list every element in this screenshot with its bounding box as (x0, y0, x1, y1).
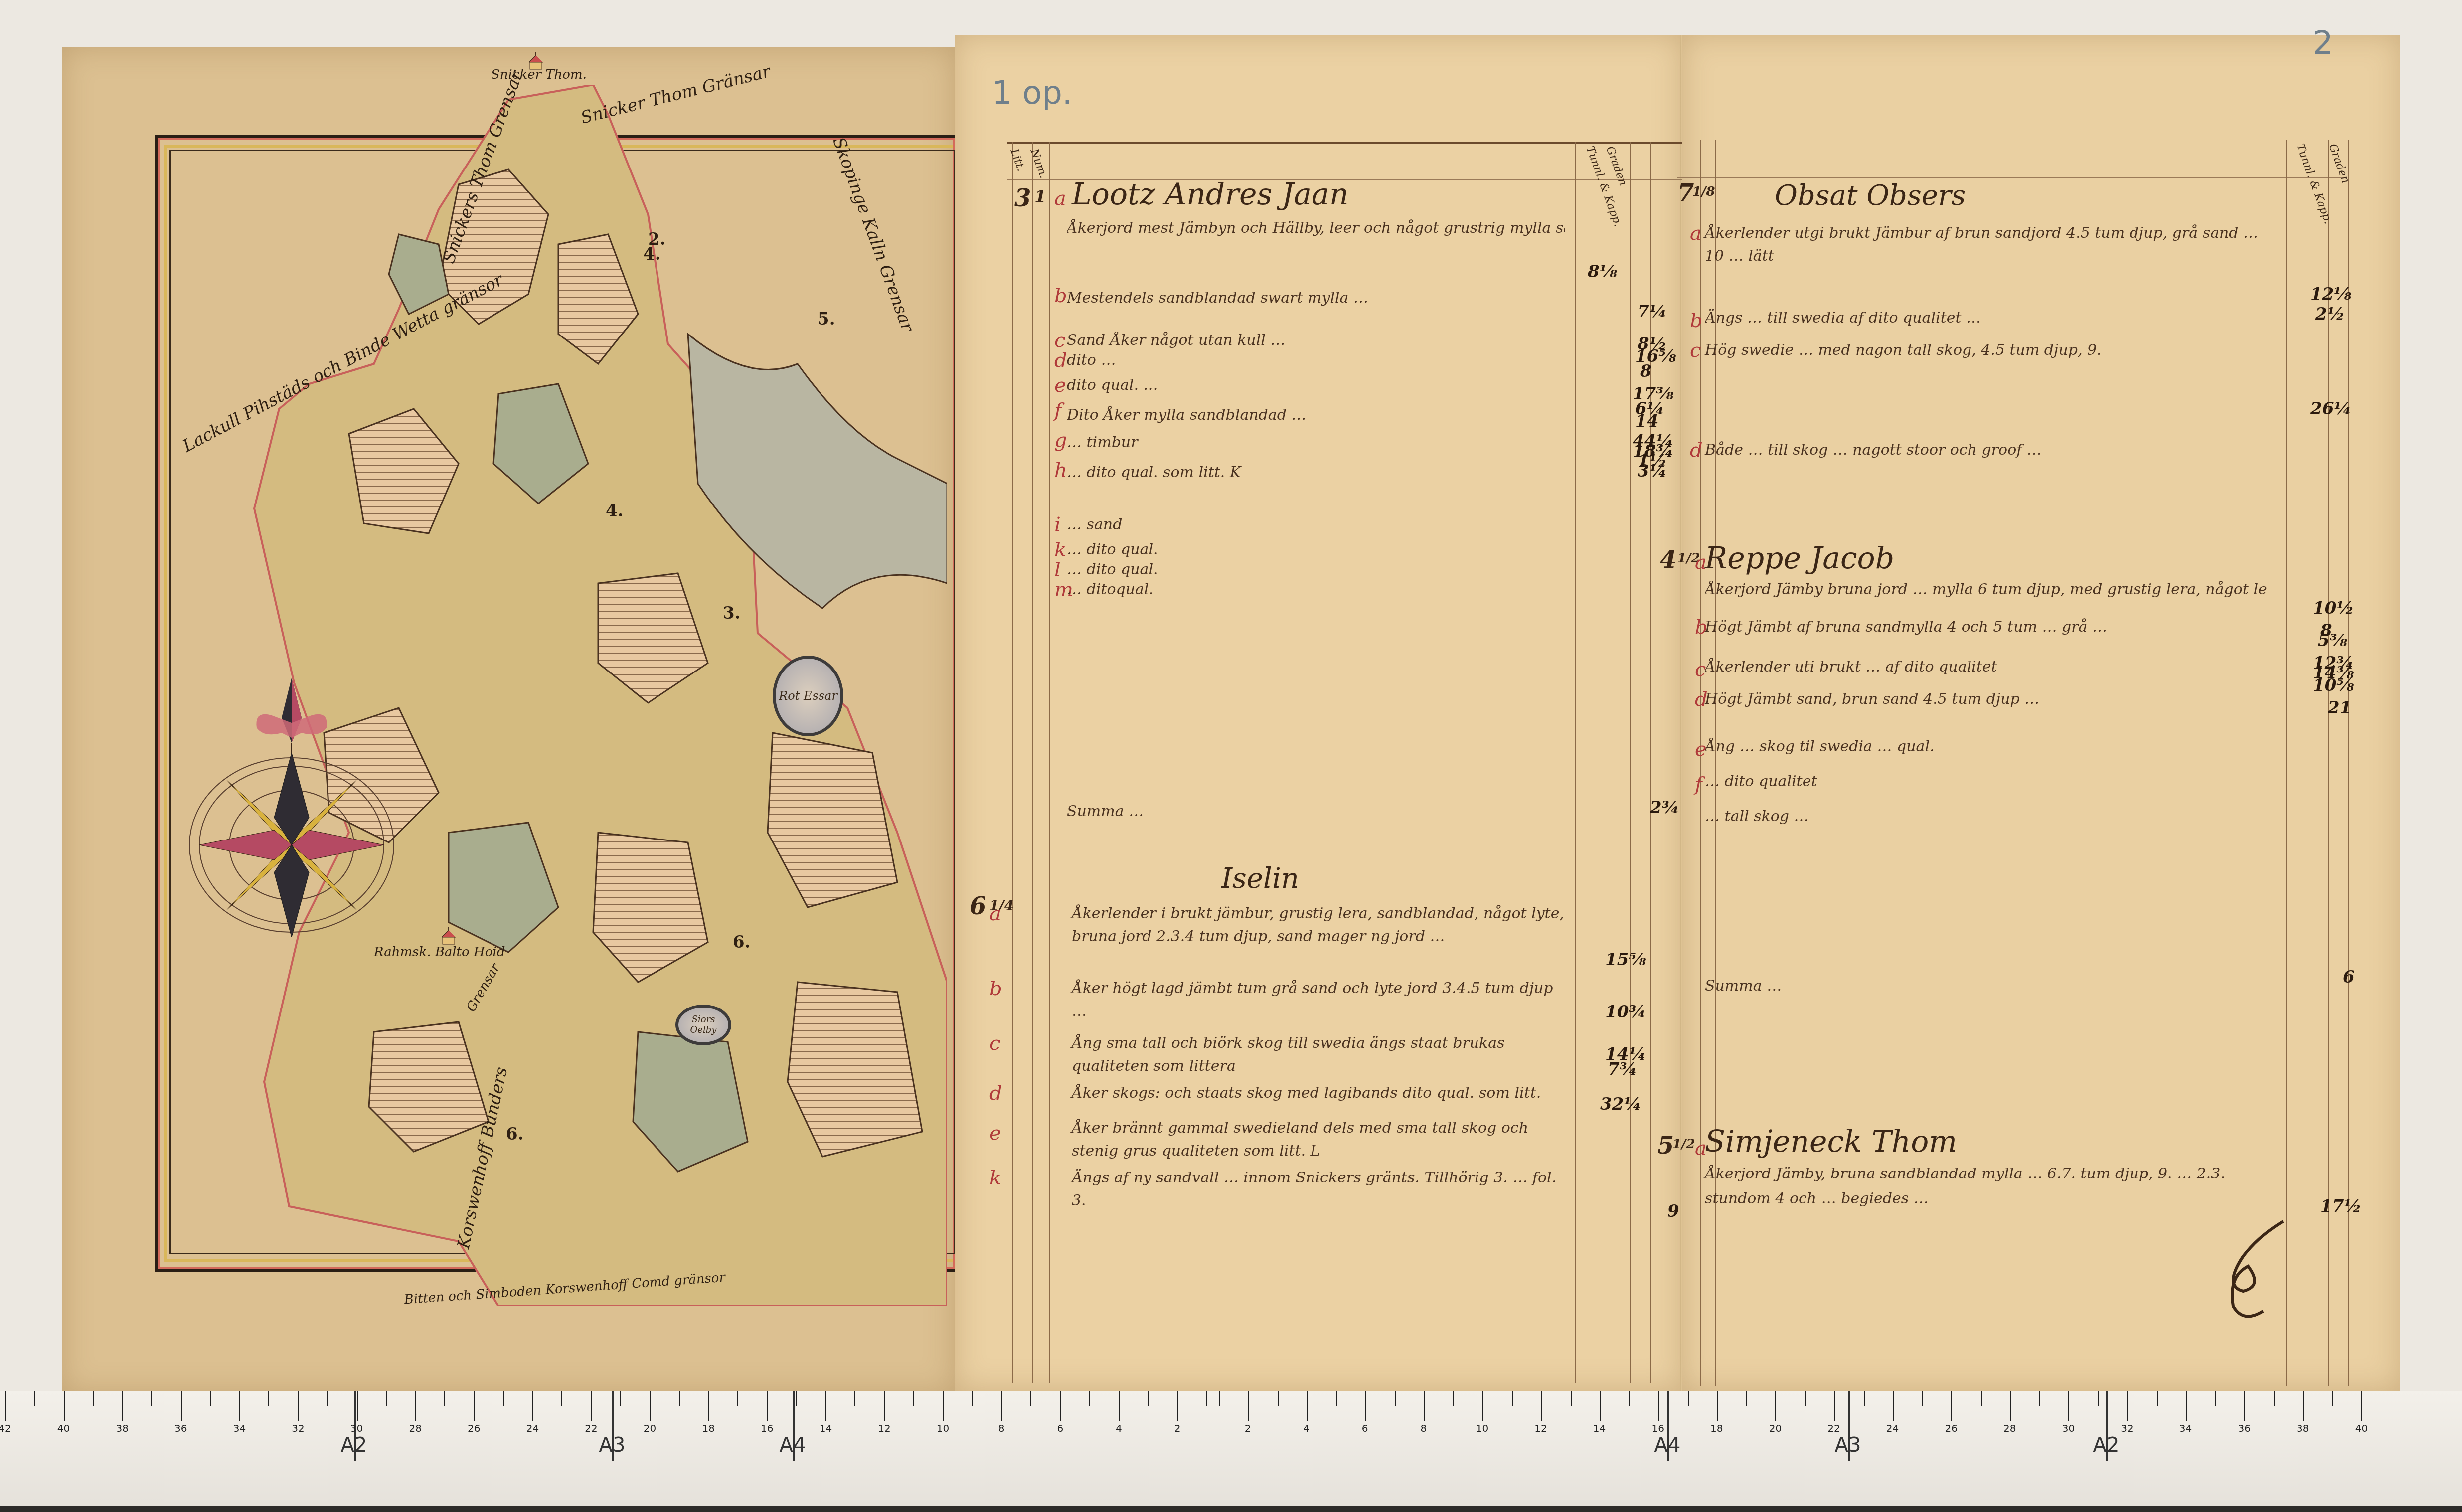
ruler-tick (2010, 1391, 2011, 1421)
field-number: 4. (643, 244, 661, 264)
entry-fraction: 1/8 (1692, 184, 1715, 199)
ruler-tick (708, 1391, 709, 1421)
ruler-minor-tick (913, 1391, 914, 1406)
ruler-minor-tick (444, 1391, 445, 1406)
row-value: 10¾ (1605, 1002, 1646, 1022)
ruler-tick-label: 34 (2179, 1422, 2192, 1434)
ruler-minor-tick (1278, 1391, 1279, 1406)
row-letter: d (1054, 349, 1067, 372)
ruler-tick-label: 22 (585, 1422, 597, 1434)
row-description: Mestendels sandblandad swart mylla … (1067, 289, 1565, 307)
row-value: 21 (2328, 698, 2351, 718)
row-value: 17½ (2320, 1196, 2362, 1216)
size-mark-line (1667, 1391, 1669, 1461)
ruler-tick-label: 16 (761, 1422, 773, 1434)
pencil-page-number: 2 (2313, 25, 2333, 62)
ruler-tick (1177, 1391, 1178, 1421)
ruler-minor-tick (1805, 1391, 1806, 1406)
ruler-minor-tick (1395, 1391, 1396, 1406)
ruler-tick-label: 40 (2355, 1422, 2368, 1434)
ruler-minor-tick (327, 1391, 328, 1406)
ruler-tick (2186, 1391, 2187, 1421)
ruler-tick (1001, 1391, 1002, 1421)
church-icon (439, 927, 459, 947)
ruler-minor-tick (796, 1391, 797, 1406)
ruler-tick-label: 22 (1827, 1422, 1840, 1434)
row-description: Åker skogs: och staats skog med lagiband… (1072, 1082, 1565, 1105)
flourish-icon (2208, 1216, 2288, 1326)
row-letter: b (1690, 309, 1703, 332)
ruler-tick (943, 1391, 944, 1421)
ledger-header-rule (1677, 140, 2345, 141)
entry-owner-name: Simjeneck Thom (1705, 1124, 1957, 1159)
ruler-minor-tick (2098, 1391, 2099, 1406)
entry-number: 5 (1657, 1132, 1674, 1160)
ruler-minor-tick (151, 1391, 152, 1406)
ruler-minor-tick (1336, 1391, 1337, 1406)
ruler-tick-label: 24 (526, 1422, 539, 1434)
row-letter: g (1054, 429, 1067, 452)
ruler-tick (239, 1391, 240, 1421)
ruler-tick (415, 1391, 416, 1421)
row-description: … dito qual. (1067, 561, 1565, 578)
pencil-page-annotation: 1 op. (992, 75, 1072, 112)
field-number: 3. (723, 603, 741, 623)
ruler-tick-label: 20 (644, 1422, 656, 1434)
ruler-minor-tick (268, 1391, 269, 1406)
ruler-tick-label: 32 (292, 1422, 304, 1434)
ruler-minor-tick (1030, 1391, 1031, 1406)
ruler-minor-tick (2039, 1391, 2040, 1406)
row-letter: a (1695, 551, 1707, 574)
row-description: Hög swedie … med nagon tall skog, 4.5 tu… (1705, 339, 2268, 362)
ruler-base-edge (0, 1506, 2462, 1512)
row-letter: i (1054, 513, 1061, 536)
ruler-minor-tick (503, 1391, 504, 1406)
entry-fraction: 1 (1034, 187, 1046, 207)
ruler-tick-label: 2 (1245, 1422, 1251, 1434)
ruler-tick (1834, 1391, 1835, 1421)
ruler-tick-label: 4 (1303, 1422, 1310, 1434)
ruler-tick (1893, 1391, 1894, 1421)
row-letter: f (1054, 399, 1062, 422)
row-description: Ång sma tall och biörk skog till swedia … (1072, 1032, 1565, 1078)
lake-rot-essar: Rot Essar (773, 656, 843, 736)
row-value: 8 (1640, 361, 1652, 381)
ruler-tick (1482, 1391, 1483, 1421)
ruler-tick-label: 38 (116, 1422, 128, 1434)
ruler-tick (5, 1391, 6, 1421)
ruler-minor-tick (972, 1391, 973, 1406)
ruler-tick (1658, 1391, 1659, 1421)
ruler-minor-tick (210, 1391, 211, 1406)
entry-owner-name: Lootz Andres Jaan (1072, 177, 1349, 212)
field-number: 4. (606, 501, 624, 521)
ruler-tick-label: 8 (998, 1422, 1005, 1434)
row-value: 12⅛ (2310, 284, 2352, 304)
ruler-tick (1775, 1391, 1776, 1421)
row-letter: a (1054, 187, 1066, 210)
ruler-minor-tick (1864, 1391, 1865, 1406)
ruler-tick (2127, 1391, 2128, 1421)
row-description: … timbur (1067, 434, 1565, 451)
ruler-tick (1365, 1391, 1366, 1421)
row-description: Ång … skog til swedia … qual. (1705, 738, 2268, 755)
ruler-minor-tick (1206, 1391, 1207, 1406)
ruler-tick-label: 4 (1116, 1422, 1122, 1434)
row-description: … dito qual. som litt. K (1067, 464, 1565, 481)
row-description: dito qual. … (1067, 376, 1565, 394)
ruler-tick (2068, 1391, 2069, 1421)
row-description: Summa … (1705, 977, 2268, 995)
compass-rose-icon (179, 668, 404, 947)
ruler-tick-label: 18 (1710, 1422, 1723, 1434)
section-heading-obsat: Obsat Obsers (1775, 179, 1966, 212)
row-description: dito … (1067, 351, 1565, 369)
ruler-tick-label: 26 (468, 1422, 480, 1434)
size-mark-line (1848, 1391, 1850, 1461)
row-description: Dito Åker mylla sandblandad … (1067, 406, 1565, 424)
row-description: Åkerlender utgi brukt Jämbur af brun san… (1705, 222, 2268, 268)
entry-number: 7 (1677, 179, 1694, 207)
row-letter: a (1695, 1137, 1707, 1160)
row-letter: e (989, 1122, 1001, 1145)
row-description: Ängs … till swedia af dito qualitet … (1705, 309, 2268, 327)
row-value: 5⅜ (2318, 631, 2347, 651)
row-letter: d (989, 1082, 1002, 1105)
column-rule (1032, 142, 1033, 1383)
row-letter: c (1690, 339, 1701, 362)
row-value: 7¼ (1638, 302, 1667, 322)
ruler-minor-tick (2274, 1391, 2275, 1406)
row-letter: f (1695, 773, 1702, 796)
field-number: 5. (818, 309, 835, 329)
entry-fraction: 1/2 (1672, 1137, 1695, 1152)
ruler-minor-tick (2332, 1391, 2333, 1406)
row-description: Åker brännt gammal swedieland dels med s… (1072, 1117, 1565, 1163)
ruler-tick-label: 12 (1534, 1422, 1547, 1434)
size-mark-line (2106, 1391, 2108, 1461)
size-mark-line (612, 1391, 614, 1461)
ruler-tick (884, 1391, 885, 1421)
ruler-minor-tick (1922, 1391, 1923, 1406)
row-description: Åker högt lagd jämbt tum grå sand och ly… (1072, 977, 1565, 1023)
ruler-tick (2244, 1391, 2245, 1421)
ruler-tick-label: 8 (1420, 1422, 1427, 1434)
ruler-minor-tick (1219, 1391, 1220, 1406)
ruler-tick (1307, 1391, 1308, 1421)
row-letter: h (1054, 459, 1067, 482)
ruler-tick-label: 2 (1174, 1422, 1181, 1434)
church-icon (526, 52, 546, 72)
ruler-minor-tick (561, 1391, 562, 1406)
ruler-minor-tick (1629, 1391, 1630, 1406)
ruler-tick (1424, 1391, 1425, 1421)
ruler-tick-label: 20 (1769, 1422, 1782, 1434)
ruler-minor-tick (620, 1391, 621, 1406)
row-description: Åkerjord Jämby bruna jord … mylla 6 tum … (1705, 581, 2268, 598)
ruler-minor-tick (1571, 1391, 1572, 1406)
ruler-tick (1600, 1391, 1601, 1421)
ruler-tick-label: 32 (2121, 1422, 2133, 1434)
row-value: 7¾ (1608, 1059, 1637, 1079)
row-value: 15⅝ (1605, 950, 1646, 970)
ruler-tick (1119, 1391, 1120, 1421)
ruler-tick (825, 1391, 826, 1421)
column-rule (1575, 142, 1576, 1383)
ruler-tick (767, 1391, 768, 1421)
ruler-minor-tick (854, 1391, 855, 1406)
ruler-tick (181, 1391, 182, 1421)
ruler-tick (532, 1391, 533, 1421)
row-letter: a (989, 902, 1001, 925)
row-description: Sand Åker något utan kull … (1067, 332, 1565, 349)
row-value: 8⅛ (1588, 262, 1617, 282)
ruler-tick (122, 1391, 123, 1421)
ruler-minor-tick (1148, 1391, 1149, 1406)
ruler-minor-tick (386, 1391, 387, 1406)
ruler-tick-label: 14 (1593, 1422, 1606, 1434)
ruler-minor-tick (93, 1391, 94, 1406)
column-rule (1012, 142, 1013, 1383)
column-rule (1650, 142, 1651, 1383)
ruler-minor-tick (679, 1391, 680, 1406)
ruler-tick (1060, 1391, 1061, 1421)
size-mark-line (793, 1391, 795, 1461)
row-description: … dito qualitet (1705, 773, 2268, 790)
ruler-tick-label: 42 (0, 1422, 11, 1434)
row-description: Åkerlender uti brukt … af dito qualitet (1705, 658, 2268, 675)
row-value: 14 (1635, 411, 1658, 431)
ruler-tick-label: 34 (233, 1422, 246, 1434)
ruler-tick (591, 1391, 592, 1421)
row-letter: b (989, 977, 1002, 1000)
ruler-tick-label: 16 (1651, 1422, 1664, 1434)
ruler-tick-label: 14 (820, 1422, 832, 1434)
column-rule (1049, 142, 1050, 1383)
row-letter: a (1690, 222, 1702, 245)
row-description: … ditoqual. (1067, 581, 1565, 598)
column-rule (1630, 142, 1631, 1383)
ruler-tick-label: 26 (1945, 1422, 1957, 1434)
row-description: Åkerlender i brukt jämbur, grustig lera,… (1072, 902, 1565, 948)
row-letter: e (1054, 374, 1066, 397)
ruler-tick (1717, 1391, 1718, 1421)
ruler-tick (64, 1391, 65, 1421)
row-value: 9 (1667, 1201, 1679, 1221)
entry-owner-name: Reppe Jacob (1705, 541, 1894, 576)
row-letter: d (1690, 439, 1703, 462)
ruler-tick-label: 38 (2297, 1422, 2309, 1434)
ruler-tick-label: 36 (2238, 1422, 2250, 1434)
ruler-tick (298, 1391, 299, 1421)
row-description: Högt Jämbt af bruna sandmylla 4 och 5 tu… (1705, 616, 2268, 639)
column-rule (2286, 140, 2287, 1386)
ruler-tick-label: 28 (2003, 1422, 2016, 1434)
row-description: Ängs af ny sandvall … innom Snickers grä… (1072, 1167, 1565, 1212)
row-description: Åkerjord mest Jämbyn och Hällby, leer oc… (1067, 219, 1565, 237)
ruler-tick (1951, 1391, 1952, 1421)
ruler-minor-tick (34, 1391, 35, 1406)
ruler-minor-tick (1746, 1391, 1747, 1406)
ruler-tick (2303, 1391, 2304, 1421)
ruler-tick (1248, 1391, 1249, 1421)
row-description: … tall skog … (1705, 808, 2268, 825)
field-number: 6. (733, 932, 751, 952)
ruler-tick-label: 30 (350, 1422, 363, 1434)
ruler-tick (2361, 1391, 2362, 1421)
row-description: Åkerjord Jämby, bruna sandblandad mylla … (1705, 1162, 2268, 1211)
ledger-subheader-rule (1677, 177, 2345, 178)
ruler-tick-label: 24 (1886, 1422, 1899, 1434)
ruler-tick-label: 28 (409, 1422, 421, 1434)
ruler-minor-tick (1089, 1391, 1090, 1406)
ruler-minor-tick (1688, 1391, 1689, 1406)
ruler-minor-tick (1453, 1391, 1454, 1406)
lake-siors-oelby: Siors Oelby (675, 1005, 731, 1045)
row-value: 2½ (2315, 304, 2345, 324)
field-number: 6. (506, 1124, 524, 1144)
ruler-tick-label: 36 (174, 1422, 187, 1434)
ruler-minor-tick (737, 1391, 738, 1406)
section-heading-iselin: Iselin (1221, 862, 1299, 895)
ruler-tick-label: 6 (1362, 1422, 1368, 1434)
row-description: Högt Jämbt sand, brun sand 4.5 tum djup … (1705, 688, 2268, 711)
ruler-tick (650, 1391, 651, 1421)
row-description: … dito qual. (1067, 541, 1565, 558)
ledger-header-rule (1007, 142, 1705, 144)
row-value: 10⅝ (2313, 675, 2354, 695)
ruler-minor-tick (2215, 1391, 2216, 1406)
entry-number: 6 (970, 892, 986, 920)
ruler-tick-label: 18 (702, 1422, 714, 1434)
measurement-ruler: A2 A3 A4 A4 A3 A2 4240383634323028262422… (0, 1391, 2462, 1512)
entry-number: 4 (1660, 546, 1676, 574)
row-letter: c (989, 1032, 1000, 1055)
ruler-tick-label: 10 (1476, 1422, 1488, 1434)
row-description: Summa … (1067, 803, 1565, 820)
row-value: 3¼ (1638, 461, 1667, 481)
row-letter: b (1054, 284, 1067, 307)
row-value: 10½ (2313, 598, 2354, 618)
row-letter: k (989, 1167, 1001, 1189)
ruler-minor-tick (2157, 1391, 2158, 1406)
row-description: Både … till skog … nagott stoor och groo… (1705, 439, 2268, 462)
row-value: 2¾ (1650, 798, 1679, 818)
ruler-tick (1541, 1391, 1542, 1421)
row-value: 26¼ (2310, 399, 2352, 419)
ruler-tick-label: 10 (937, 1422, 949, 1434)
ruler-tick (474, 1391, 475, 1421)
ruler-tick-label: 6 (1057, 1422, 1063, 1434)
ruler-minor-tick (1981, 1391, 1982, 1406)
ruler-tick-label: 40 (57, 1422, 70, 1434)
ruler-minor-tick (1512, 1391, 1513, 1406)
ruler-tick (357, 1391, 358, 1421)
entry-number: 3 (1014, 184, 1031, 212)
row-value: 6 (2343, 967, 2355, 987)
row-value: 32¼ (1600, 1094, 1641, 1114)
ruler-tick-label: 12 (878, 1422, 890, 1434)
row-description: … sand (1067, 516, 1565, 533)
ruler-tick-label: 30 (2062, 1422, 2075, 1434)
